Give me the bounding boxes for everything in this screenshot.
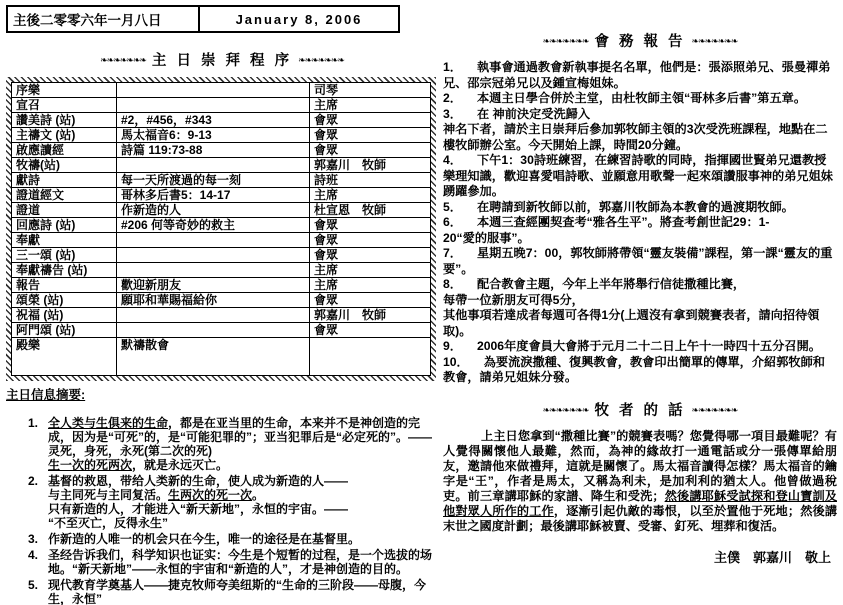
program-who-cell: 會眾 <box>310 323 431 338</box>
program-item-cell: 讚美詩 (站) <box>12 113 117 128</box>
report-items: 1．執事會通過教會新執事提名名單，他們是：張添照弟兄、張曼禪弟兄、邵宗冠弟兄以及… <box>443 60 837 386</box>
report-item: 7．星期五晚7：00，郭牧師將帶領“靈友裝備”課程，第一課“靈友的重要”。 <box>443 246 837 277</box>
report-item: 6．本週三查經團契查考“雅各生平”。將查考創世記29：1- 20“愛的服事”。 <box>443 215 837 246</box>
program-title: ❧❧❧❧❧❧❧主 日 崇 拜 程 序❧❧❧❧❧❧❧ <box>6 49 438 70</box>
summary-item-text: 现代教育学奠基人——捷克牧师夸美纽斯的“生命的三阶段——母腹，今生，永恒” <box>48 578 438 605</box>
program-who-cell: 主席 <box>310 98 431 113</box>
program-title-text: 主 日 崇 拜 程 序 <box>152 53 292 69</box>
summary-item: 3.作新造的人唯一的机会只在今生，唯一的途径是在基督里。 <box>28 532 438 546</box>
summary-item-number: 1. <box>28 416 48 472</box>
program-row: 證道經文哥林多后書5：14-17主席 <box>12 188 431 203</box>
report-item-text: 執事會通過教會新執事提名名單，他們是：張添照弟兄、張曼禪弟兄、邵宗冠弟兄以及鍾宣… <box>443 60 830 90</box>
report-item: 1．執事會通過教會新執事提名名單，他們是：張添照弟兄、張曼禪弟兄、邵宗冠弟兄以及… <box>443 60 837 91</box>
summary-item-text: 基督的救恩，带给人类新的生命，使人成为新造的人—— 与主同死与主同复活。生两次的… <box>48 474 438 530</box>
summary-item: 5.现代教育学奠基人——捷克牧师夸美纽斯的“生命的三阶段——母腹，今生，永恒” <box>28 578 438 605</box>
program-content-cell <box>117 308 310 323</box>
program-who-cell: 主席 <box>310 263 431 278</box>
program-row: 報告歡迎新朋友主席 <box>12 278 431 293</box>
report-item: 2．本週主日學合併於主堂，由杜牧師主領“哥林多后書”第五章。 <box>443 91 837 107</box>
program-row: 三一頌 (站)會眾 <box>12 248 431 263</box>
program-row: 牧禱(站)郭嘉川 牧師 <box>12 158 431 173</box>
summary-item-number: 2. <box>28 474 48 530</box>
ornament-right-icon: ❧❧❧❧❧❧❧ <box>298 55 344 65</box>
program-row: 頌榮 (站)願耶和華賜福給你會眾 <box>12 293 431 308</box>
program-who-cell: 主席 <box>310 188 431 203</box>
ornament-right-icon: ❧❧❧❧❧❧❧ <box>692 405 738 415</box>
report-item: 3．在 神前決定受洗歸入 神名下者，請於主日崇拜后參加郭牧師主領的3次受洗班課程… <box>443 107 837 154</box>
program-content-cell: 馬太福音6：9-13 <box>117 128 310 143</box>
program-content-cell: 默禱散會 <box>117 338 310 376</box>
text-run: 现代教育学奠基人——捷克牧师夸美纽斯的“生命的三阶段——母腹，今生，永恒” <box>48 578 426 605</box>
program-content-cell <box>117 83 310 98</box>
program-who-cell <box>310 338 431 376</box>
program-who-cell: 主席 <box>310 278 431 293</box>
report-item-number: 9． <box>443 339 462 353</box>
report-item-text: 在 神前決定受洗歸入 神名下者，請於主日崇拜后參加郭牧師主領的3次受洗班課程，地… <box>443 107 828 152</box>
text-run: 圣经告诉我们，科学知识也证实：今生是个短暂的过程，是一个选拔的场地。“新天新地”… <box>48 548 432 576</box>
program-item-cell: 宣召 <box>12 98 117 113</box>
report-item: 10．為要流淚撒種、復興教會，教會印出簡單的傳單，介紹郭牧師和教會，請弟兄姐妹分… <box>443 355 837 386</box>
program-row: 祝福 (站)郭嘉川 牧師 <box>12 308 431 323</box>
program-row: 回應詩 (站)#206 何等奇妙的救主會眾 <box>12 218 431 233</box>
program-content-cell <box>117 158 310 173</box>
report-item-number: 10． <box>443 355 469 369</box>
program-item-cell: 阿門頌 (站) <box>12 323 117 338</box>
program-item-cell: 牧禱(站) <box>12 158 117 173</box>
report-item-number: 5． <box>443 200 462 214</box>
ornament-left-icon: ❧❧❧❧❧❧❧ <box>543 36 589 46</box>
program-item-cell: 啟應讀經 <box>12 143 117 158</box>
program-row: 奉獻會眾 <box>12 233 431 248</box>
program-content-cell: 歡迎新朋友 <box>117 278 310 293</box>
report-item: 4．下午1：30詩班練習，在練習詩歌的同時，指揮國世賢弟兄還教授樂理知識，歡迎喜… <box>443 153 837 200</box>
program-item-cell: 頌榮 (站) <box>12 293 117 308</box>
pastor-title-text: 牧 者 的 話 <box>594 403 685 419</box>
report-item: 9．2006年度會員大會將于元月二十二日上午十一時四十五分召開。 <box>443 339 837 355</box>
program-item-cell: 三一頌 (站) <box>12 248 117 263</box>
program-row: 序樂司琴 <box>12 83 431 98</box>
program-row: 啟應讀經詩篇 119:73-88會眾 <box>12 143 431 158</box>
date-header: 主後二零零六年一月八日 January 8, 2006 <box>6 5 400 33</box>
report-item: 8．配合教會主題，今年上半年將舉行信徒撒種比賽， 每帶一位新朋友可得5分， 其他… <box>443 277 837 339</box>
summary-item-text: 作新造的人唯一的机会只在今生，唯一的途径是在基督里。 <box>48 532 438 546</box>
report-item-text: 下午1：30詩班練習，在練習詩歌的同時，指揮國世賢弟兄還教授樂理知識，歡迎喜愛唱… <box>443 153 833 198</box>
program-who-cell: 會眾 <box>310 113 431 128</box>
program-item-cell: 主禱文 (站) <box>12 128 117 143</box>
program-row: 證道作新造的人杜宣恩 牧師 <box>12 203 431 218</box>
pastor-signature: 主僕 郭嘉川 敬上 <box>443 547 837 566</box>
program-who-cell: 會眾 <box>310 248 431 263</box>
program-item-cell: 證道 <box>12 203 117 218</box>
program-content-cell: 願耶和華賜福給你 <box>117 293 310 308</box>
right-column: ❧❧❧❧❧❧❧會 務 報 告❧❧❧❧❧❧❧ 1．執事會通過教會新執事提名名單，他… <box>443 30 837 566</box>
underlined-text: 生两次的死一次 <box>168 488 252 502</box>
report-item-text: 為要流淚撒種、復興教會，教會印出簡單的傳單，介紹郭牧師和教會，請弟兄姐妹分發。 <box>443 355 825 385</box>
program-content-cell: 作新造的人 <box>117 203 310 218</box>
text-run: ，就是永远灭亡。 <box>132 458 228 472</box>
program-item-cell: 祝福 (站) <box>12 308 117 323</box>
program-content-cell <box>117 248 310 263</box>
program-who-cell: 會眾 <box>310 233 431 248</box>
program-who-cell: 會眾 <box>310 143 431 158</box>
pastor-title: ❧❧❧❧❧❧❧牧 者 的 話❧❧❧❧❧❧❧ <box>443 399 837 420</box>
report-item-number: 1． <box>443 60 462 74</box>
ornament-left-icon: ❧❧❧❧❧❧❧ <box>100 55 146 65</box>
report-title-text: 會 務 報 告 <box>594 34 685 50</box>
program-item-cell: 報告 <box>12 278 117 293</box>
program-content-cell <box>117 263 310 278</box>
program-row: 阿門頌 (站)會眾 <box>12 323 431 338</box>
program-content-cell: 詩篇 119:73-88 <box>117 143 310 158</box>
program-content-cell: #206 何等奇妙的救主 <box>117 218 310 233</box>
program-content-cell <box>117 233 310 248</box>
program-item-cell: 回應詩 (站) <box>12 218 117 233</box>
summary-item: 2.基督的救恩，带给人类新的生命，使人成为新造的人—— 与主同死与主同复活。生两… <box>28 474 438 530</box>
left-column: 主後二零零六年一月八日 January 8, 2006 ❧❧❧❧❧❧❧主 日 崇… <box>6 5 438 605</box>
program-item-cell: 奉獻 <box>12 233 117 248</box>
program-item-cell: 證道經文 <box>12 188 117 203</box>
program-who-cell: 郭嘉川 牧師 <box>310 158 431 173</box>
text-run: 作新造的人唯一的机会只在今生，唯一的途径是在基督里。 <box>48 532 360 546</box>
report-item-number: 4． <box>443 153 462 167</box>
program-table-body: 序樂司琴宣召主席讚美詩 (站)#2，#456，#343會眾主禱文 (站)馬太福音… <box>12 83 431 376</box>
report-item-text: 星期五晚7：00，郭牧師將帶領“靈友裝備”課程，第一課“靈友的重要”。 <box>443 246 832 276</box>
underlined-text: 生一次的死两次 <box>48 458 132 472</box>
report-item-number: 8． <box>443 277 462 291</box>
report-title: ❧❧❧❧❧❧❧會 務 報 告❧❧❧❧❧❧❧ <box>443 30 837 51</box>
summary-item: 1.全人类与生俱来的生命，都是在亚当里的生命，本来并不是神创造的完成，因为是“可… <box>28 416 438 472</box>
report-item-text: 在聘請到新牧師以前，郭嘉川牧師為本教會的過渡期牧師。 <box>477 200 794 214</box>
report-item-text: 本週三查經團契查考“雅各生平”。將查考創世記29：1- 20“愛的服事”。 <box>443 215 770 245</box>
ornament-right-icon: ❧❧❧❧❧❧❧ <box>692 36 738 46</box>
program-content-cell: #2，#456，#343 <box>117 113 310 128</box>
program-table: 序樂司琴宣召主席讚美詩 (站)#2，#456，#343會眾主禱文 (站)馬太福音… <box>11 82 431 376</box>
program-content-cell <box>117 98 310 113</box>
report-item-text: 本週主日學合併於主堂，由杜牧師主領“哥林多后書”第五章。 <box>477 91 806 105</box>
pastor-message: 上主日您拿到“撒種比賽”的競賽表嗎？您覺得哪一項目最難呢？有人覺得關懷他人最難，… <box>443 429 837 534</box>
underlined-text: 全人类与生俱来的生命 <box>48 416 168 430</box>
date-chinese: 主後二零零六年一月八日 <box>8 7 200 31</box>
program-who-cell: 會眾 <box>310 218 431 233</box>
report-item-number: 7． <box>443 246 462 260</box>
report-item-number: 2． <box>443 91 462 105</box>
report-item-text: 配合教會主題，今年上半年將舉行信徒撒種比賽， 每帶一位新朋友可得5分， 其他事項… <box>443 277 819 338</box>
program-row: 殿樂默禱散會 <box>12 338 431 376</box>
summary-list: 1.全人类与生俱来的生命，都是在亚当里的生命，本来并不是神创造的完成，因为是“可… <box>6 416 438 605</box>
summary-item-number: 4. <box>28 548 48 576</box>
program-item-cell: 獻詩 <box>12 173 117 188</box>
program-who-cell: 杜宣恩 牧師 <box>310 203 431 218</box>
ornament-left-icon: ❧❧❧❧❧❧❧ <box>543 405 589 415</box>
program-item-cell: 奉獻禱告 (站) <box>12 263 117 278</box>
program-who-cell: 司琴 <box>310 83 431 98</box>
report-item-number: 6． <box>443 215 462 229</box>
program-row: 主禱文 (站)馬太福音6：9-13會眾 <box>12 128 431 143</box>
program-row: 獻詩每一天所渡過的每一刻詩班 <box>12 173 431 188</box>
program-content-cell: 每一天所渡過的每一刻 <box>117 173 310 188</box>
program-table-frame: 序樂司琴宣召主席讚美詩 (站)#2，#456，#343會眾主禱文 (站)馬太福音… <box>6 77 436 381</box>
program-content-cell <box>117 323 310 338</box>
summary-heading: 主日信息摘要: <box>6 385 438 403</box>
report-item-number: 3． <box>443 107 462 121</box>
program-item-cell: 殿樂 <box>12 338 117 376</box>
program-who-cell: 會眾 <box>310 293 431 308</box>
report-item-text: 2006年度會員大會將于元月二十二日上午十一時四十五分召開。 <box>477 339 821 353</box>
program-row: 讚美詩 (站)#2，#456，#343會眾 <box>12 113 431 128</box>
program-content-cell: 哥林多后書5：14-17 <box>117 188 310 203</box>
summary-item: 4.圣经告诉我们，科学知识也证实：今生是个短暂的过程，是一个选拔的场地。“新天新… <box>28 548 438 576</box>
program-row: 奉獻禱告 (站)主席 <box>12 263 431 278</box>
summary-item-text: 圣经告诉我们，科学知识也证实：今生是个短暂的过程，是一个选拔的场地。“新天新地”… <box>48 548 438 576</box>
date-english: January 8, 2006 <box>200 7 398 31</box>
program-who-cell: 郭嘉川 牧師 <box>310 308 431 323</box>
report-item: 5．在聘請到新牧師以前，郭嘉川牧師為本教會的過渡期牧師。 <box>443 200 837 216</box>
summary-item-number: 3. <box>28 532 48 546</box>
program-who-cell: 詩班 <box>310 173 431 188</box>
program-row: 宣召主席 <box>12 98 431 113</box>
program-item-cell: 序樂 <box>12 83 117 98</box>
program-who-cell: 會眾 <box>310 128 431 143</box>
summary-item-text: 全人类与生俱来的生命，都是在亚当里的生命，本来并不是神创造的完成，因为是“可死”… <box>48 416 438 472</box>
summary-item-number: 5. <box>28 578 48 605</box>
